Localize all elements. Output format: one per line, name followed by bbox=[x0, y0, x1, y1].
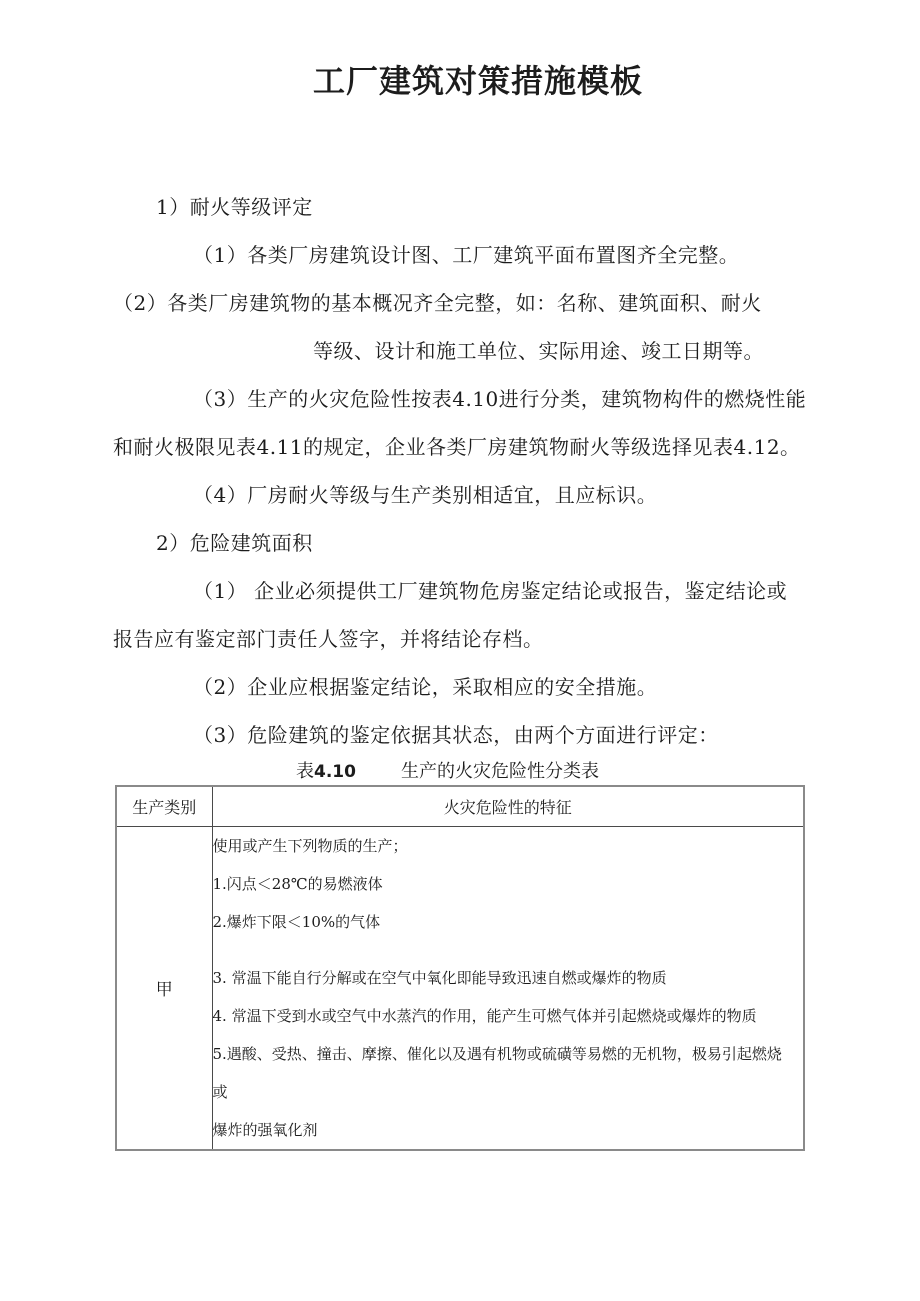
feature-line: 2.爆炸下限＜10%的气体 bbox=[213, 903, 804, 941]
item-building-overview-continuation: 等级、设计和施工单位、实际用途、竣工日期等。 bbox=[113, 327, 807, 375]
item-appraisal-report: （1） 企业必须提供工厂建筑物危房鉴定结论或报告，鉴定结论或 bbox=[113, 567, 807, 615]
caption-title: 生产的火灾危险性分类表 bbox=[401, 761, 599, 782]
feature-line: 1.闪点＜28℃的易燃液体 bbox=[213, 865, 804, 903]
item-safety-measures: （2）企业应根据鉴定结论，采取相应的安全措施。 bbox=[113, 663, 807, 711]
page-title: 工厂建筑对策措施模板 bbox=[0, 58, 920, 104]
item-building-overview: （2）各类厂房建筑物的基本概况齐全完整，如：名称、建筑面积、耐火 bbox=[113, 279, 807, 327]
category-cell: 甲 bbox=[116, 826, 212, 1150]
feature-line: 使用或产生下列物质的生产； bbox=[213, 827, 804, 865]
table-caption: 表4.10生产的火灾危险性分类表 bbox=[296, 759, 807, 785]
item-building-drawings: （1）各类厂房建筑设计图、工厂建筑平面布置图齐全完整。 bbox=[113, 231, 807, 279]
feature-line: 5.遇酸、受热、撞击、摩擦、催化以及遇有机物或硫磺等易燃的无机物，极易引起燃烧 bbox=[213, 1035, 804, 1073]
table-row-category-jia: 甲 使用或产生下列物质的生产； 1.闪点＜28℃的易燃液体 2.爆炸下限＜10%… bbox=[116, 826, 804, 1150]
caption-number: 4.10 bbox=[314, 762, 356, 782]
feature-line: 或 bbox=[213, 1073, 804, 1111]
fire-hazard-classification-table: 生产类别 火灾危险性的特征 甲 使用或产生下列物质的生产； 1.闪点＜28℃的易… bbox=[115, 785, 805, 1151]
item-fire-hazard-classification: （3）生产的火灾危险性按表4.10进行分类，建筑物构件的燃烧性能 bbox=[113, 375, 807, 423]
feature-line: 4. 常温下受到水或空气中水蒸汽的作用，能产生可燃气体并引起燃烧或爆炸的物质 bbox=[213, 997, 804, 1035]
item-appraisal-basis: （3）危险建筑的鉴定依据其状态，由两个方面进行评定： bbox=[113, 711, 807, 759]
feature-line: 3. 常温下能自行分解或在空气中氧化即能导致迅速自燃或爆炸的物质 bbox=[213, 959, 804, 997]
heading-dangerous-building-area: 2）危险建筑面积 bbox=[113, 519, 807, 567]
caption-label: 表 bbox=[296, 761, 314, 782]
column-header-fire-hazard-features: 火灾危险性的特征 bbox=[212, 786, 804, 826]
heading-fire-resistance-rating: 1）耐火等级评定 bbox=[113, 183, 807, 231]
item-fire-hazard-classification-continuation: 和耐火极限见表4.11的规定，企业各类厂房建筑物耐火等级选择见表4.12。 bbox=[113, 423, 807, 471]
column-header-production-category: 生产类别 bbox=[116, 786, 212, 826]
feature-cell: 使用或产生下列物质的生产； 1.闪点＜28℃的易燃液体 2.爆炸下限＜10%的气… bbox=[212, 826, 804, 1150]
document-page: 工厂建筑对策措施模板 1）耐火等级评定 （1）各类厂房建筑设计图、工厂建筑平面布… bbox=[0, 0, 920, 1301]
item-fire-rating-labeling: （4）厂房耐火等级与生产类别相适宜，且应标识。 bbox=[113, 471, 807, 519]
table-header-row: 生产类别 火灾危险性的特征 bbox=[116, 786, 804, 826]
document-body: 1）耐火等级评定 （1）各类厂房建筑设计图、工厂建筑平面布置图齐全完整。 （2）… bbox=[113, 183, 807, 1151]
feature-line: 爆炸的强氧化剂 bbox=[213, 1111, 804, 1149]
item-appraisal-report-continuation: 报告应有鉴定部门责任人签字，并将结论存档。 bbox=[113, 615, 807, 663]
